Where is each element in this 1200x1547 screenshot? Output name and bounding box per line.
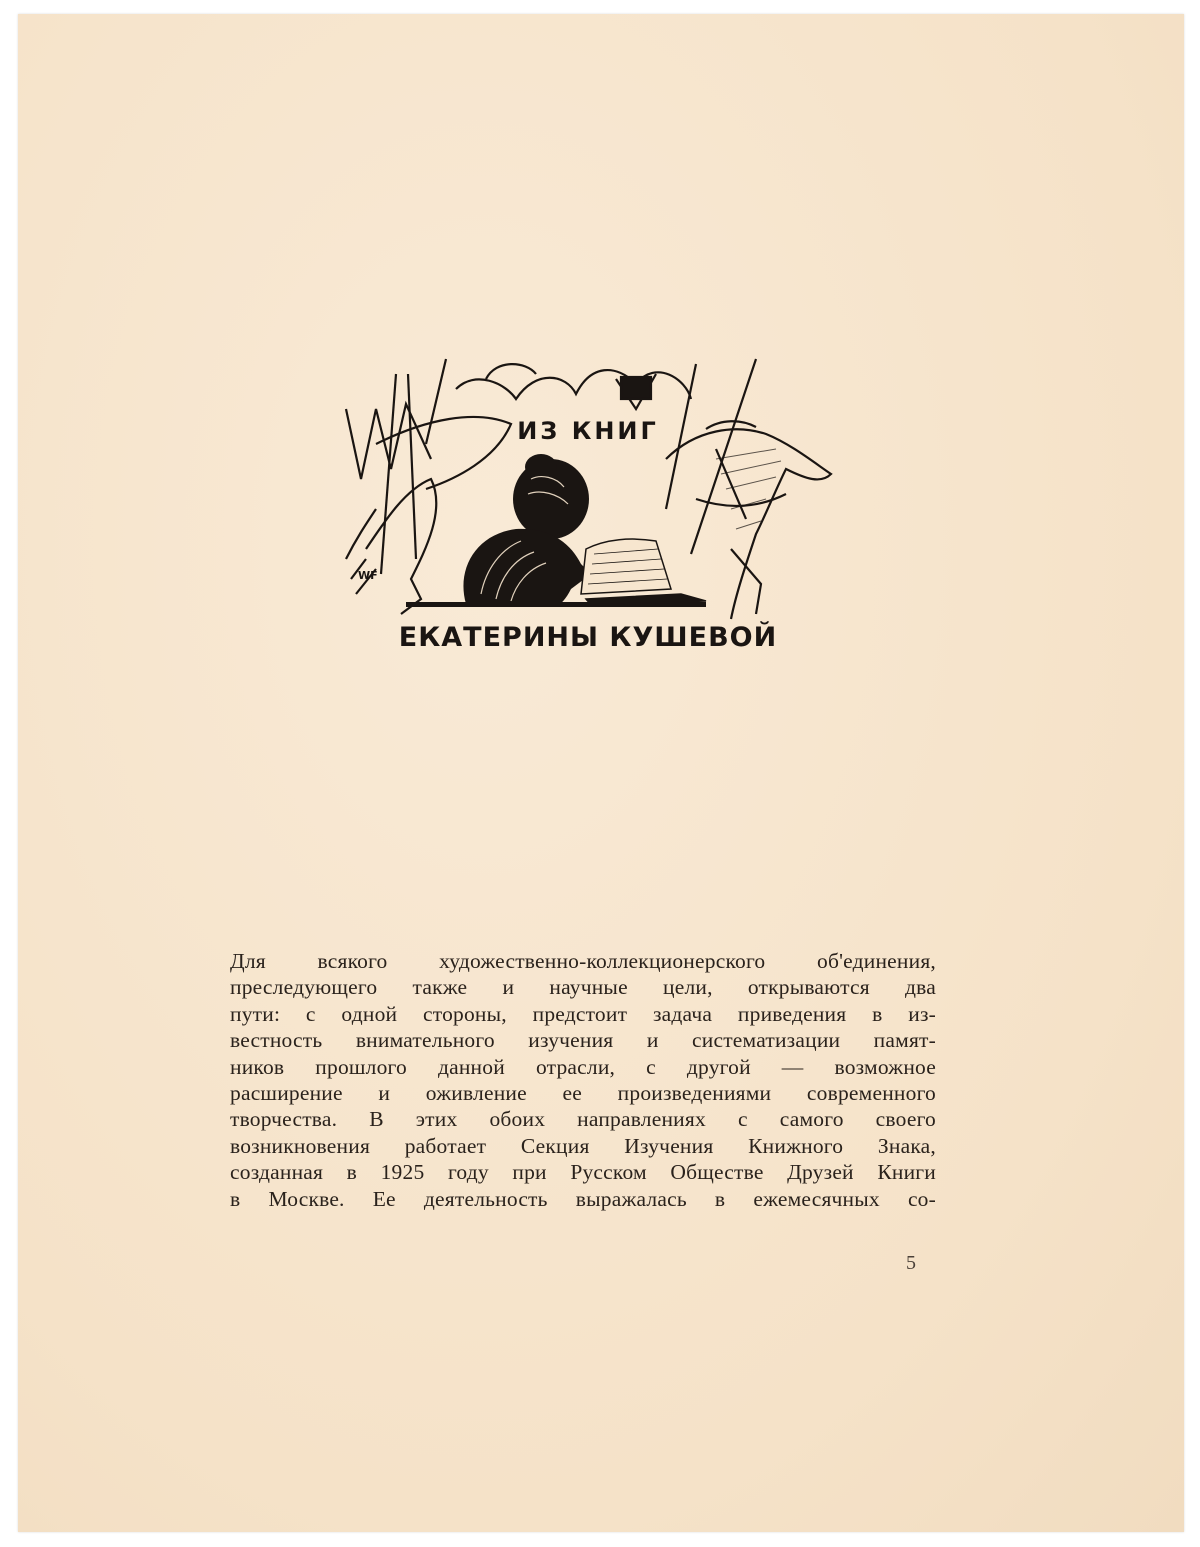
bookplate-woodcut-icon: ИЗ КНИГ ЕКАТЕРИНЫ КУШЕВОЙ WF [336, 349, 841, 659]
text-line: возникновения работает Секция Изучения К… [230, 1133, 936, 1159]
bookplate-illustration: ИЗ КНИГ ЕКАТЕРИНЫ КУШЕВОЙ WF [336, 349, 841, 659]
book-page: ИЗ КНИГ ЕКАТЕРИНЫ КУШЕВОЙ WF Для всякого… [18, 14, 1184, 1532]
show-through-text [223, 199, 963, 225]
text-line: вестность внимательного изучения и систе… [230, 1027, 936, 1053]
bookplate-top-text: ИЗ КНИГ [517, 417, 659, 445]
text-line: Для всякого художественно-коллекционерск… [230, 948, 936, 974]
text-line: ников прошлого данной отрасли, с другой … [230, 1054, 936, 1080]
text-line: расширение и оживление ее произведениями… [230, 1080, 936, 1106]
bookplate-owner-name: ЕКАТЕРИНЫ КУШЕВОЙ [399, 621, 777, 653]
text-line: преследующего также и научные цели, откр… [230, 974, 936, 1000]
text-line: созданная в 1925 году при Русском Общест… [230, 1159, 936, 1185]
artist-monogram: WF [358, 569, 378, 582]
text-line: в Москве. Ее деятельность выражалась в е… [230, 1186, 936, 1212]
text-line: творчества. В этих обоих направлениях с … [230, 1106, 936, 1132]
text-line: пути: с одной стороны, предстоит задача … [230, 1001, 936, 1027]
page-number: 5 [906, 1252, 916, 1275]
body-paragraph: Для всякого художественно-коллекционерск… [230, 948, 936, 1212]
